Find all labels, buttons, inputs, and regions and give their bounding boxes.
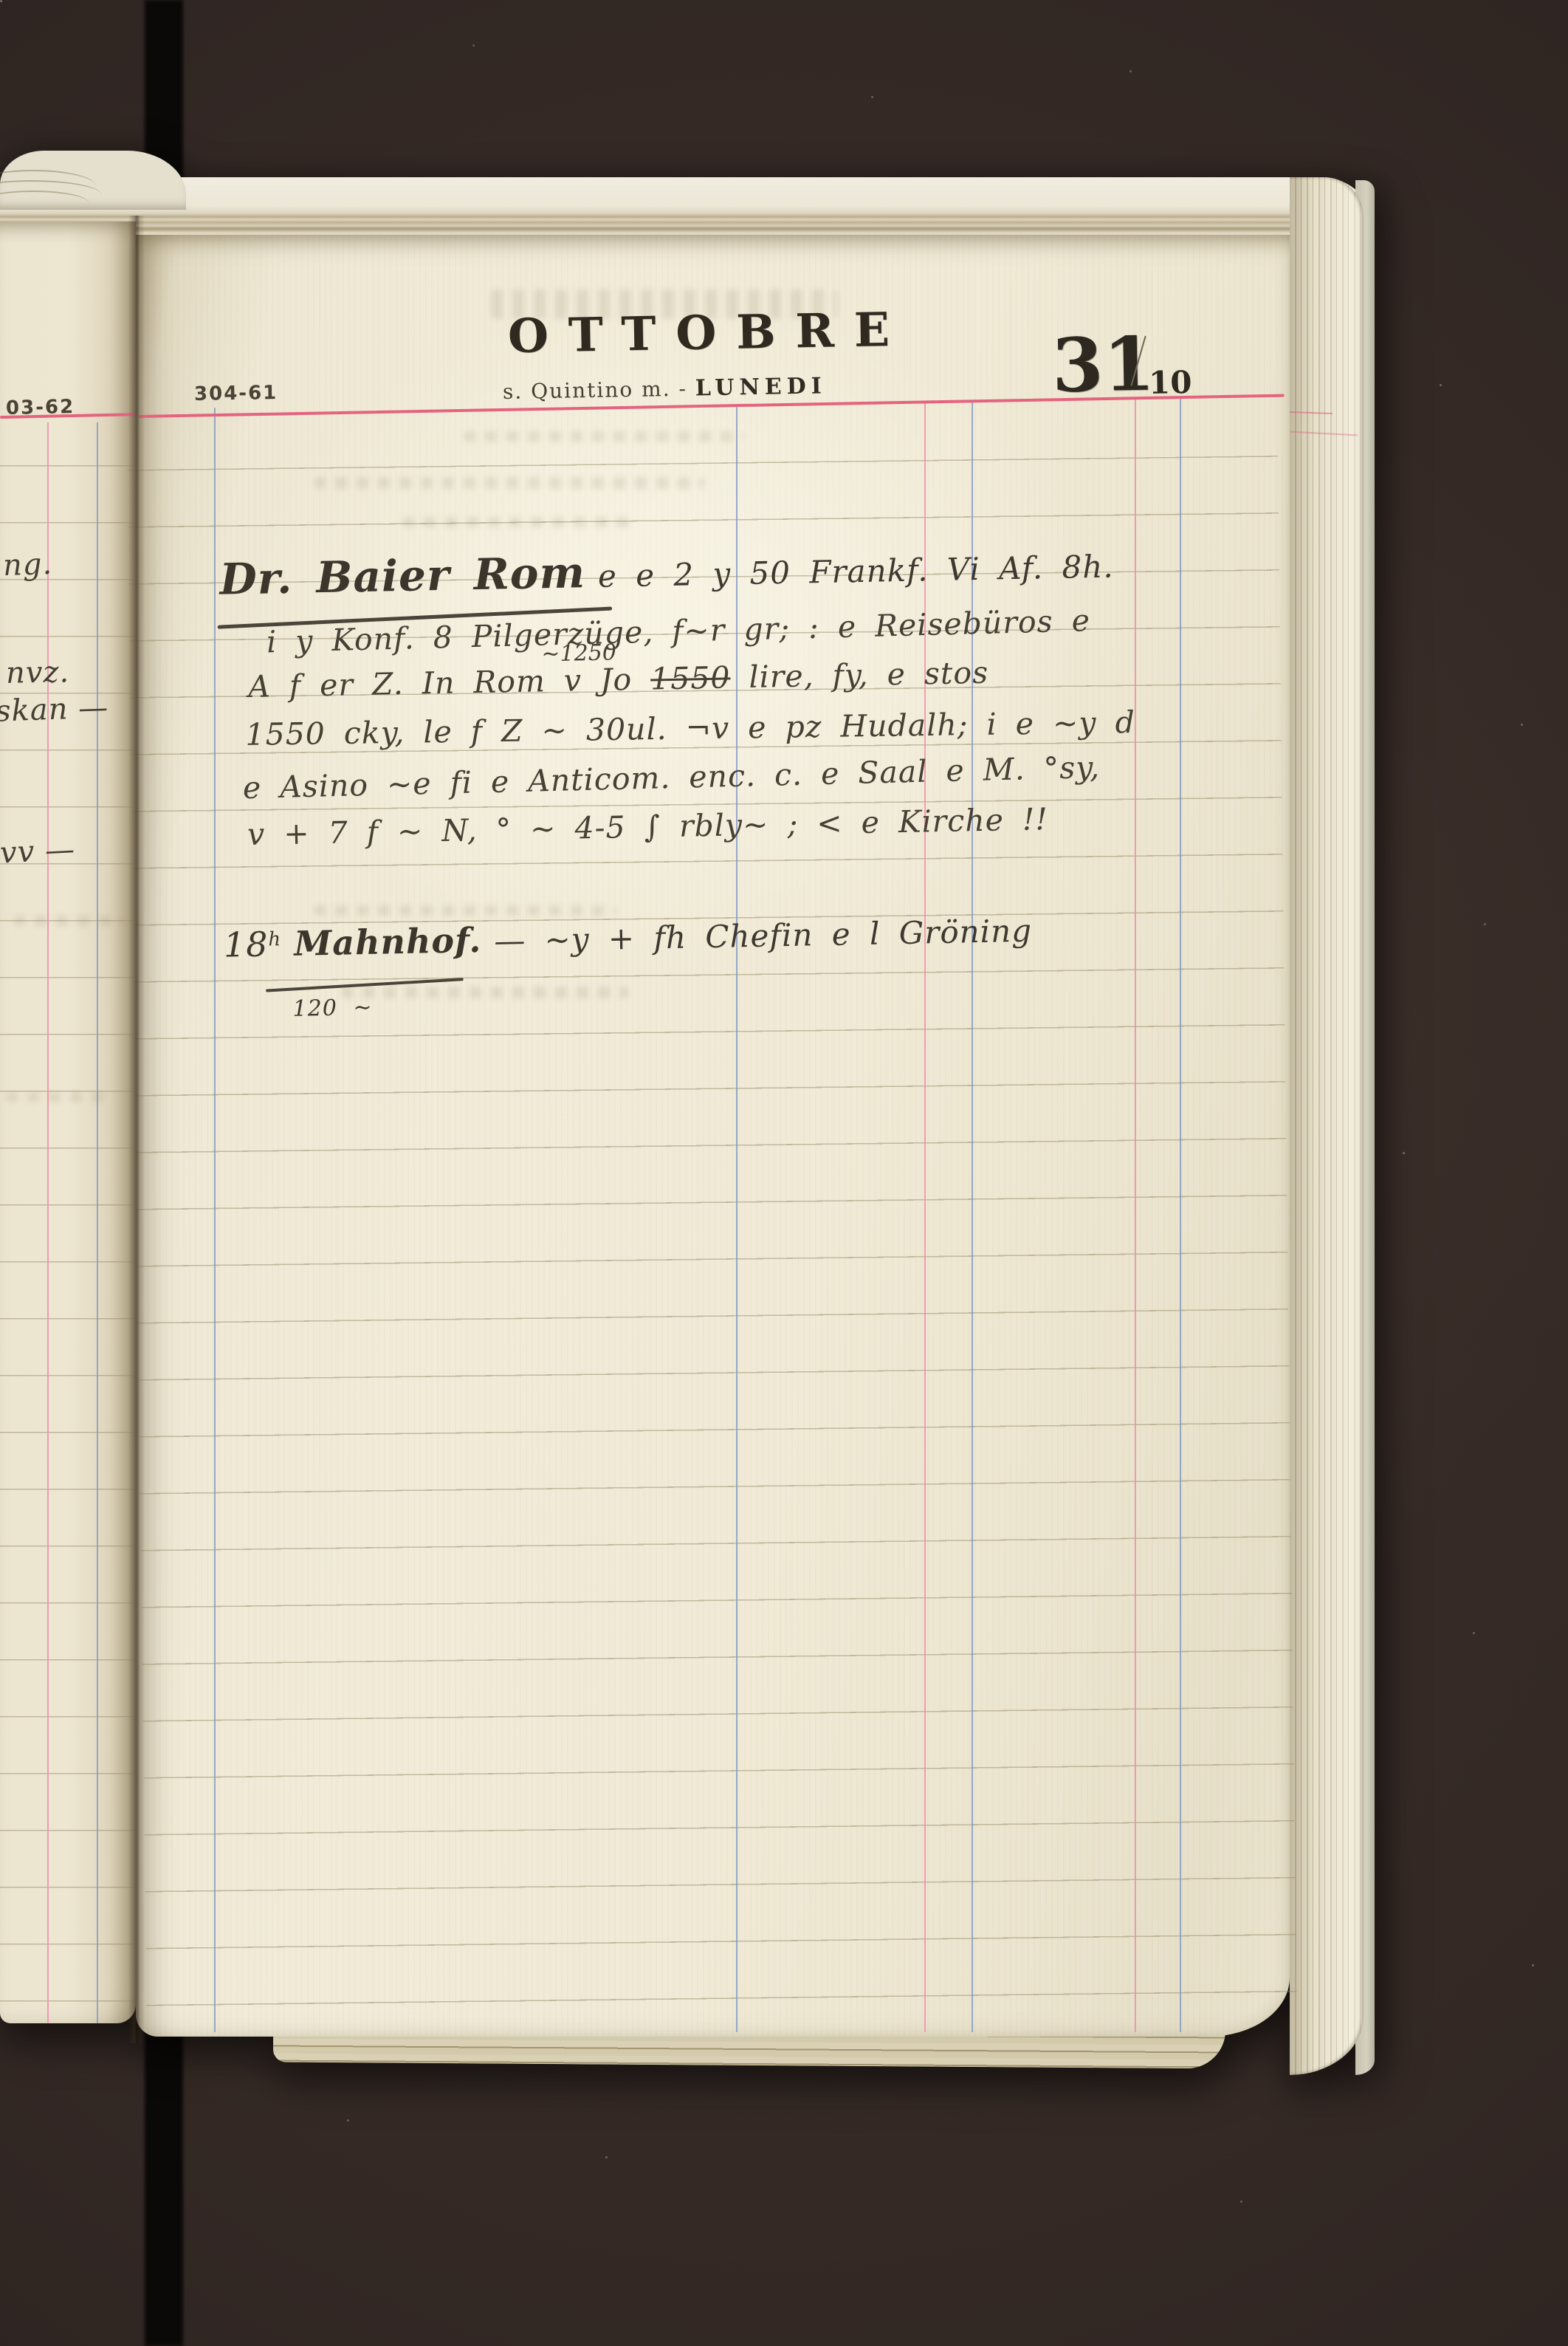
entry2-note: 120 ~ <box>292 995 373 1022</box>
show-through-smudge <box>13 916 124 926</box>
entry2-tail: — ~y + fh Chefin e l Gröning <box>494 913 1033 959</box>
handwriting-layer: Dr. Baier Rom e e 2 y 50 Frankf. Vi Af. … <box>128 215 1316 2039</box>
diary-book: 03-62 ng. nvz. skan — vv — 304-61 OTTOBR… <box>0 177 1375 2075</box>
left-page: 03-62 ng. nvz. skan — vv — <box>0 222 136 2023</box>
left-page-handwriting-fragment: vv — <box>0 832 76 870</box>
show-through-smudge <box>6 1093 109 1102</box>
entry1-heading-line: Dr. Baier Rom e e 2 y 50 Frankf. Vi Af. … <box>219 537 1114 604</box>
entry2-line: 18h Mahnhof. — ~y + fh Chefin e l Grönin… <box>223 910 1032 965</box>
fore-edge-red-rule-mark <box>1290 411 1333 414</box>
gutter-fold <box>128 216 145 2043</box>
entry1-heading-tail: e e 2 y 50 Frankf. Vi Af. 8h. <box>598 548 1115 594</box>
entry1-line2: i y Konf. 8 Pilgerzüge, f~r gr; : e Reis… <box>266 603 1090 659</box>
left-page-handwriting-fragment: skan — <box>0 690 109 728</box>
entry2-time-superscript: h <box>268 928 281 950</box>
entry1-line4: 1550 cky, le f Z ~ 30ul. ¬v e pz Hudalh;… <box>245 704 1135 752</box>
entry1-line3: A f er Z. In Rom v Jo 1550 lire, fy, e s… <box>248 655 989 704</box>
entry1-line6: v + 7 f ~ N, ° ~ 4-5 ∫ rbly~ ; < e Kirch… <box>247 801 1049 852</box>
fore-edge-red-rule-mark <box>1290 431 1358 436</box>
dust-specks <box>0 0 2 2</box>
left-page-handwriting-fragment: ng. <box>2 547 53 583</box>
left-page-number: 03-62 <box>6 396 75 419</box>
left-page-blue-rule <box>97 422 98 2023</box>
entry1-line5: e Asino ~e fi e Anticom. enc. c. e Saal … <box>242 750 1100 806</box>
diary-photo-scene: 03-62 ng. nvz. skan — vv — 304-61 OTTOBR… <box>0 0 1568 2346</box>
entry2-heading: Mahnhof. <box>294 920 482 964</box>
entry1-line3-pre: A f er Z. In Rom v Jo <box>248 662 651 704</box>
left-page-handwriting-fragment: nvz. <box>6 655 70 690</box>
entry2-underline <box>266 978 464 992</box>
entry1-line3-inserted-value: ~1250 <box>541 639 616 667</box>
entry2-time: 18 <box>223 925 269 965</box>
entry1-line3-struck-value: 1550 <box>650 659 731 696</box>
left-page-top-curl <box>0 151 186 210</box>
entry1-heading: Dr. Baier Rom <box>219 547 586 604</box>
entry1-line3-tail: lire, fy, e stos <box>730 655 989 696</box>
